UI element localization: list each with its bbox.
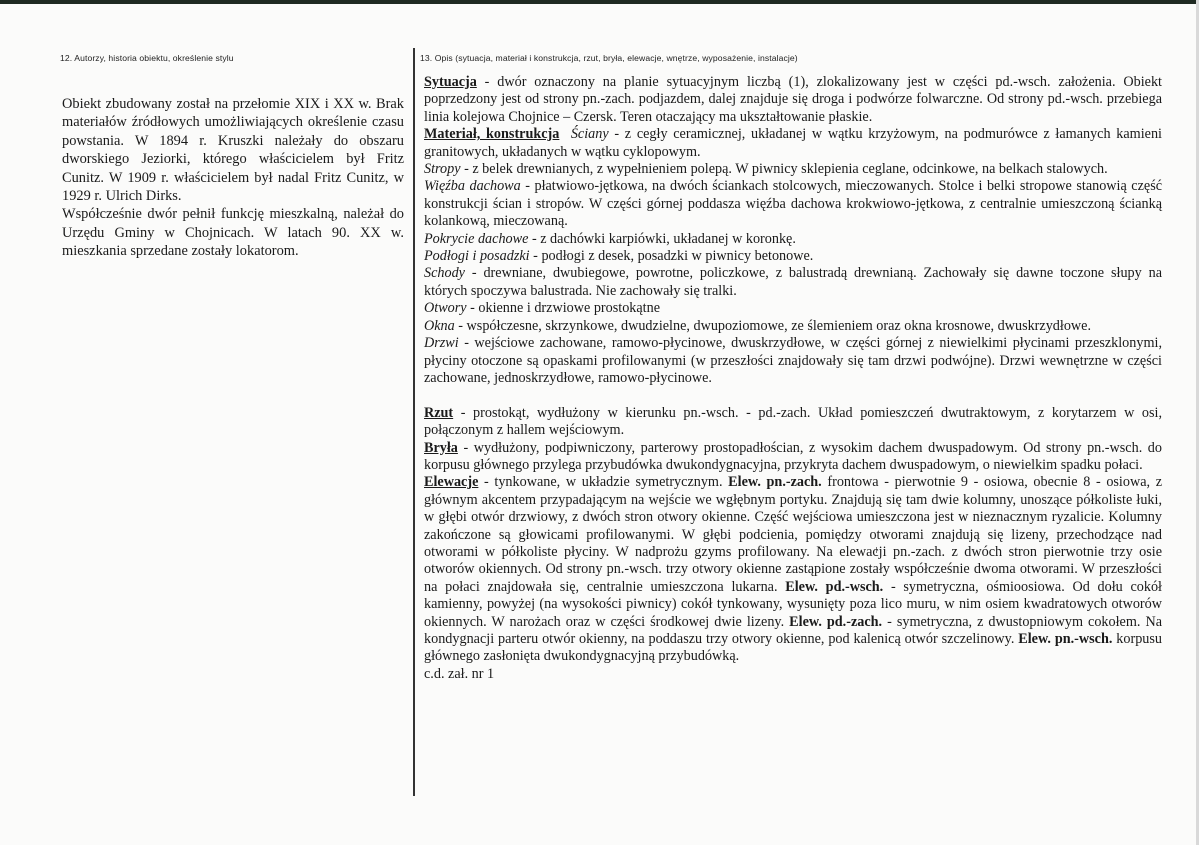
elevations-title: Elewacje (424, 474, 478, 490)
material-label: Stropy (424, 161, 461, 177)
material-windows: Okna - współczesne, skrzynkowe, dwudziel… (424, 318, 1162, 335)
elevation-ne-label: Elew. pn.-wsch. (1018, 631, 1112, 647)
situation-paragraph: Sytuacja - dwór oznaczony na planie sytu… (424, 74, 1162, 126)
material-label: Otwory (424, 300, 467, 316)
material-text: - podłogi z desek, posadzki w piwnicy be… (530, 248, 814, 264)
elevation-se-label: Elew. pd.-wsch. (785, 579, 883, 595)
material-doors: Drzwi - wejściowe zachowane, ramowo-płyc… (424, 335, 1162, 387)
material-text: - z belek drewnianych, z wypełnieniem po… (461, 161, 1108, 177)
material-roof-truss: Więźba dachowa - płatwiowo-jętkowa, na d… (424, 178, 1162, 230)
material-label: Podłogi i posadzki (424, 248, 530, 264)
material-stairs: Schody - drewniane, dwubiegowe, powrotne… (424, 265, 1162, 300)
massing-title: Bryła (424, 440, 458, 456)
material-label: Pokrycie dachowe (424, 231, 528, 247)
material-text: - okienne i drzwiowe prostokątne (467, 300, 660, 316)
material-openings: Otwory - okienne i drzwiowe prostokątne (424, 300, 1162, 317)
material-block: Materiał, konstrukcja Ściany - z cegły c… (424, 126, 1162, 387)
material-walls: Materiał, konstrukcja Ściany - z cegły c… (424, 126, 1162, 161)
material-ceilings: Stropy - z belek drewnianych, z wypełnie… (424, 161, 1162, 178)
material-text: - współczesne, skrzynkowe, dwudzielne, d… (455, 318, 1091, 334)
history-header: 12. Autorzy, historia obiektu, określeni… (60, 53, 404, 63)
material-text: - płatwiowo-jętkowa, na dwóch ściankach … (424, 178, 1162, 229)
description-header: 13. Opis (sytuacja, materiał i konstrukc… (420, 53, 1162, 63)
situation-text: - dwór oznaczony na planie sytuacyjnym l… (424, 74, 1162, 125)
description-text: Sytuacja - dwór oznaczony na planie sytu… (424, 74, 1162, 683)
plan-paragraph: Rzut - prostokąt, wydłużony w kierunku p… (424, 405, 1162, 440)
material-label: Okna (424, 318, 455, 334)
situation-title: Sytuacja (424, 74, 477, 90)
elevation-sw-label: Elew. pd.-zach. (789, 614, 882, 630)
material-text: - z dachówki karpiówki, układanej w koro… (528, 231, 796, 247)
plan-text: - prostokąt, wydłużony w kierunku pn.-ws… (424, 405, 1162, 438)
description-section: 13. Opis (sytuacja, materiał i konstrukc… (424, 53, 1162, 683)
plan-title: Rzut (424, 405, 453, 421)
continuation-note: c.d. zał. nr 1 (424, 666, 1162, 683)
material-label: Więźba dachowa (424, 178, 521, 194)
history-paragraph: Współcześnie dwór pełnił funkcję mieszka… (62, 205, 404, 260)
material-label: Drzwi (424, 335, 459, 351)
elevations-text: - tynkowane, w układzie symetrycznym. (478, 474, 728, 490)
column-divider (413, 48, 415, 796)
material-floors: Podłogi i posadzki - podłogi z desek, po… (424, 248, 1162, 265)
history-text: Obiekt zbudowany został na przełomie XIX… (62, 95, 404, 261)
material-label: Schody (424, 265, 465, 281)
elevations-paragraph: Elewacje - tynkowane, w układzie symetry… (424, 474, 1162, 665)
material-title: Materiał, konstrukcja (424, 126, 559, 142)
history-section: 12. Autorzy, historia obiektu, określeni… (62, 53, 404, 261)
material-text: - drewniane, dwubiegowe, powrotne, polic… (424, 265, 1162, 298)
material-roofing: Pokrycie dachowe - z dachówki karpiówki,… (424, 231, 1162, 248)
history-paragraph: Obiekt zbudowany został na przełomie XIX… (62, 95, 404, 205)
elevations-text: frontowa - pierwotnie 9 - osiowa, obecni… (424, 474, 1162, 594)
massing-paragraph: Bryła - wydłużony, podpiwniczony, parter… (424, 440, 1162, 475)
material-text: - wejściowe zachowane, ramowo-płycinowe,… (424, 335, 1162, 386)
massing-text: - wydłużony, podpiwniczony, parterowy pr… (424, 440, 1162, 473)
elevation-nw-label: Elew. pn.-zach. (728, 474, 822, 490)
scan-top-edge (0, 0, 1199, 4)
material-label: Ściany (571, 126, 609, 142)
